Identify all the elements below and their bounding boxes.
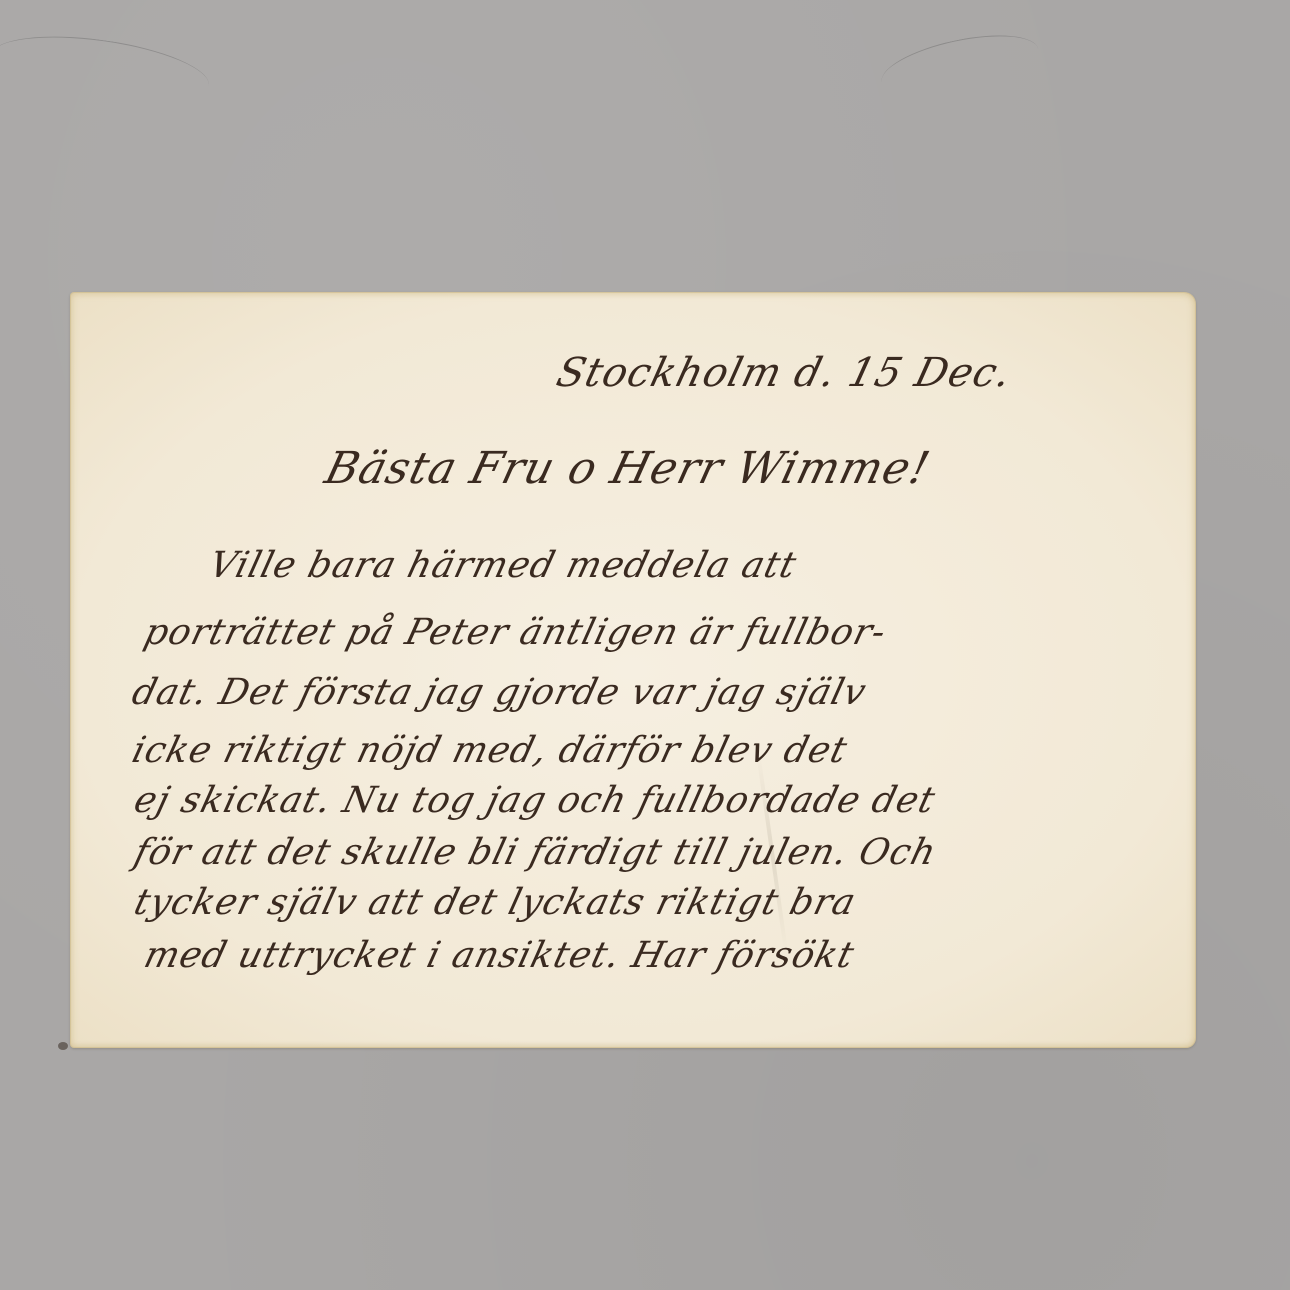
card-line-8: med uttrycket i ansiktet. Har försökt: [140, 935, 859, 976]
card-line-2: porträttet på Peter äntligen är fullbor-: [140, 612, 891, 653]
card-dateline: Stockholm d. 15 Dec.: [552, 350, 1016, 396]
card-line-6: för att det skulle bli färdigt till jule…: [130, 832, 941, 873]
dust-speck: [58, 1042, 68, 1050]
card-line-3: dat. Det första jag gjorde var jag själv: [128, 672, 871, 713]
hair-strand: [0, 25, 213, 116]
hair-strand: [876, 24, 1043, 107]
card-line-7: tycker själv att det lyckats riktigt bra: [130, 882, 860, 923]
card-salutation: Bästa Fru o Herr Wimme!: [320, 443, 935, 494]
card-line-4: icke riktigt nöjd med, därför blev det: [128, 730, 852, 771]
card-line-1: Ville bara härmed meddela att: [205, 545, 801, 586]
card-line-5: ej skickat. Nu tog jag och fullbordade d…: [130, 780, 940, 821]
